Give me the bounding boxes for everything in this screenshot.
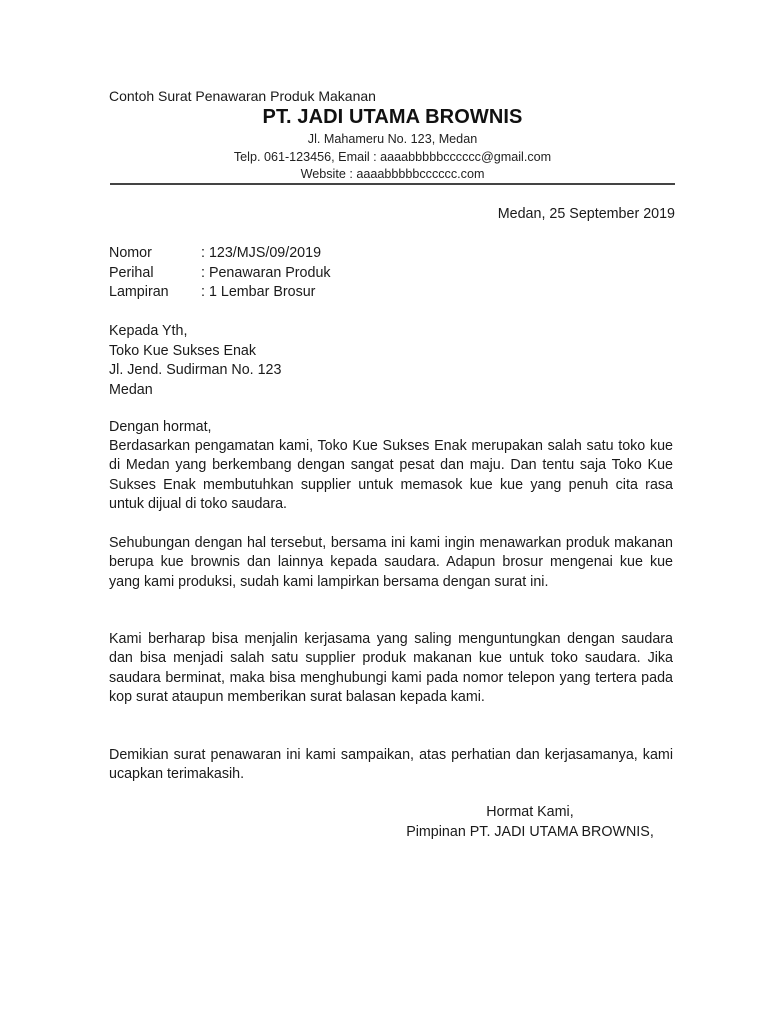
reference-value: : 123/MJS/09/2019 bbox=[201, 245, 321, 265]
reference-block: Nomor : 123/MJS/09/2019 Perihal : Penawa… bbox=[109, 245, 331, 304]
reference-label: Nomor bbox=[109, 245, 201, 265]
reference-value: : Penawaran Produk bbox=[201, 265, 331, 285]
company-name: PT. JADI UTAMA BROWNIS bbox=[0, 106, 768, 129]
signature-block: Hormat Kami, Pimpinan PT. JADI UTAMA BRO… bbox=[390, 804, 670, 843]
recipient-city: Medan bbox=[109, 382, 281, 402]
reference-row-number: Nomor : 123/MJS/09/2019 bbox=[109, 245, 331, 265]
signature-closing: Hormat Kami, bbox=[390, 804, 670, 824]
letterhead-divider bbox=[110, 183, 675, 185]
body-paragraph: Berdasarkan pengamatan kami, Toko Kue Su… bbox=[109, 437, 673, 514]
letter-date: Medan, 25 September 2019 bbox=[498, 206, 675, 222]
reference-row-subject: Perihal : Penawaran Produk bbox=[109, 265, 331, 285]
signature-signatory: Pimpinan PT. JADI UTAMA BROWNIS, bbox=[390, 824, 670, 844]
recipient-name: Toko Kue Sukses Enak bbox=[109, 343, 281, 363]
closing-paragraph: Demikian surat penawaran ini kami sampai… bbox=[109, 746, 673, 785]
letter-page: Contoh Surat Penawaran Produk Makanan PT… bbox=[0, 0, 768, 1024]
document-caption: Contoh Surat Penawaran Produk Makanan bbox=[109, 88, 376, 104]
reference-label: Lampiran bbox=[109, 284, 201, 304]
recipient-street: Jl. Jend. Sudirman No. 123 bbox=[109, 362, 281, 382]
company-address: Jl. Mahameru No. 123, Medan bbox=[0, 132, 768, 146]
reference-row-attachment: Lampiran : 1 Lembar Brosur bbox=[109, 284, 331, 304]
body-paragraph: Sehubungan dengan hal tersebut, bersama … bbox=[109, 534, 673, 592]
reference-label: Perihal bbox=[109, 265, 201, 285]
reference-value: : 1 Lembar Brosur bbox=[201, 284, 315, 304]
body-paragraph: Kami berharap bisa menjalin kerjasama ya… bbox=[109, 630, 673, 707]
recipient-salutation: Kepada Yth, bbox=[109, 323, 281, 343]
recipient-block: Kepada Yth, Toko Kue Sukses Enak Jl. Jen… bbox=[109, 323, 281, 401]
greeting: Dengan hormat, bbox=[109, 418, 673, 437]
company-website: Website : aaaabbbbbcccccc.com bbox=[0, 167, 768, 181]
company-contact: Telp. 061-123456, Email : aaaabbbbbccccc… bbox=[0, 150, 768, 164]
